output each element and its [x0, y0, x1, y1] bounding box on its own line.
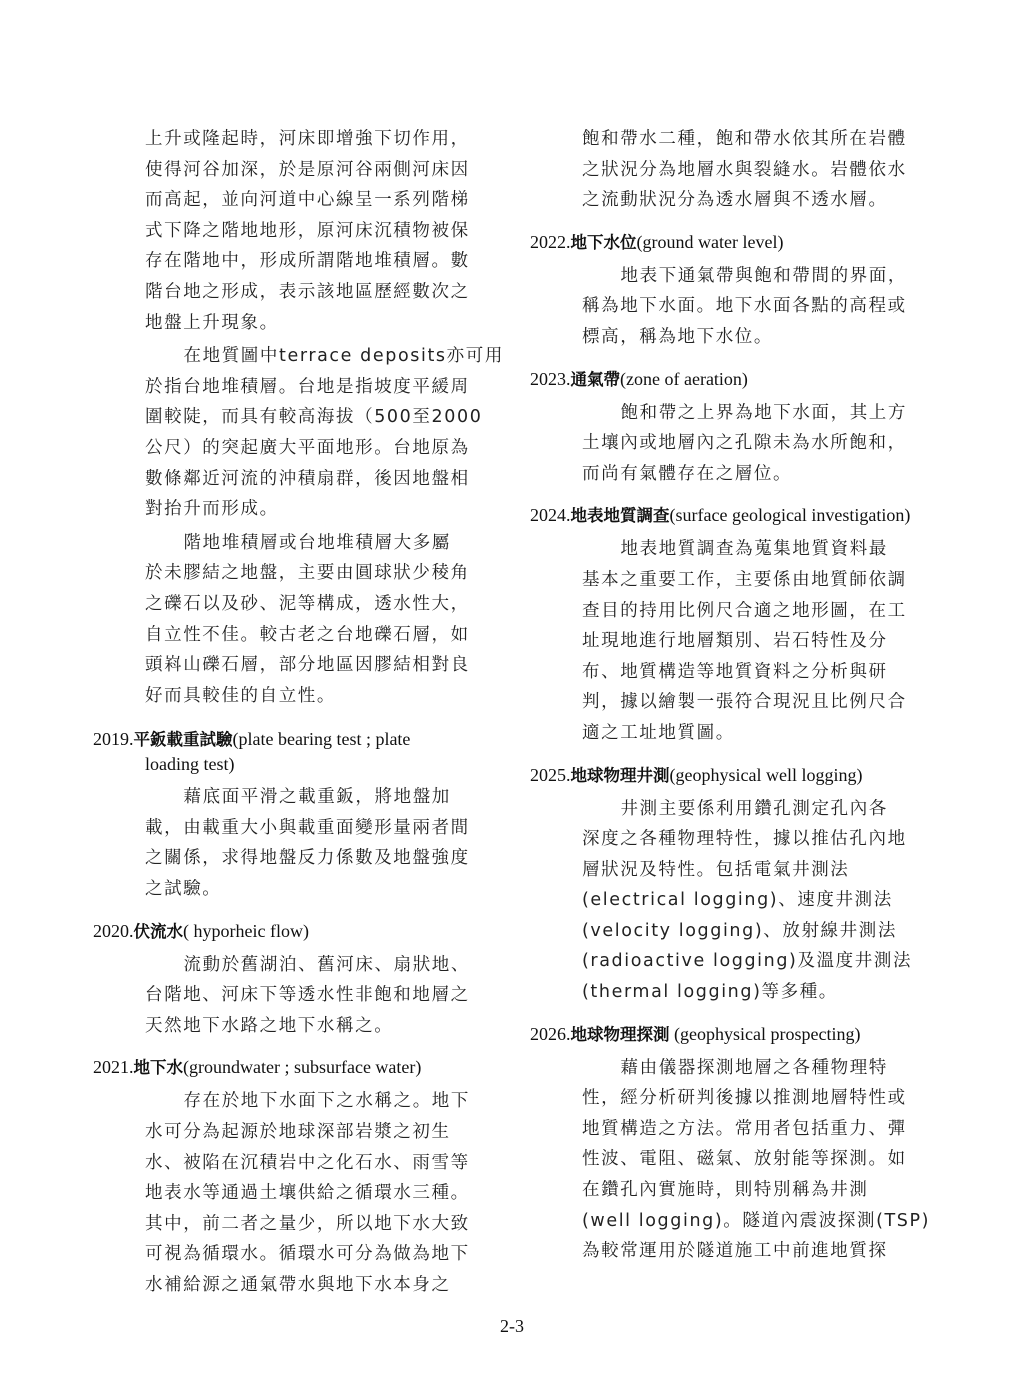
term-zh: 地球物理探測 [571, 1025, 670, 1044]
entry-2026-heading: 2026.地球物理探測 (geophysical prospecting) [530, 1022, 960, 1047]
entry-2020-body: 流動於舊湖泊、舊河床、扇狀地、 台階地、河床下等透水性非飽和地層之 天然地下水路… [145, 950, 498, 1042]
entry-2024-body: 地表地質調查為蒐集地質資料最 基本之重要工作，主要係由地質師依調 查目的持用比例… [582, 534, 960, 748]
entry-2018-continuation: 上升或隆起時，河床即增強下切作用， 使得河谷加深，於是原河谷兩側河床因 而高起，… [145, 124, 498, 338]
term-zh: 地下水 [134, 1058, 184, 1077]
entry-2022-body: 地表下通氣帶與飽和帶間的界面， 稱為地下水面。地下水面各點的高程或 標高，稱為地… [582, 261, 960, 353]
entry-number: 2020. [93, 921, 134, 941]
entry-2026-body: 藉由儀器探測地層之各種物理特 性，經分析研判後據以推測地層特性或 地質構造之方法… [582, 1053, 960, 1267]
entry-2019-body: 藉底面平滑之載重鈑，將地盤加 載，由載重大小與載重面變形量兩者間 之關係，求得地… [145, 782, 498, 904]
entry-number: 2024. [530, 505, 571, 525]
term-zh: 平鈑載重試驗 [134, 730, 233, 749]
entry-2022-heading: 2022.地下水位(ground water level) [530, 230, 960, 255]
term-en-continued: loading test) [93, 752, 498, 776]
entry-2021-body: 存在於地下水面下之水稱之。地下 水可分為起源於地球深部岩漿之初生 水、被陷在沉積… [145, 1086, 498, 1300]
paragraph-gravel: 階地堆積層或台地堆積層大多屬 於未膠結之地盤，主要由圓球狀少稜角 之礫石以及砂、… [145, 528, 498, 712]
entry-2025-body: 井測主要係利用鑽孔測定孔內各 深度之各種物理特性，據以推估孔內地 層狀況及特性。… [582, 794, 960, 1008]
entry-2025-heading: 2025.地球物理井測(geophysical well logging) [530, 763, 960, 788]
entry-number: 2025. [530, 765, 571, 785]
term-en: (geophysical well logging) [670, 765, 863, 785]
term-zh: 通氣帶 [571, 370, 621, 389]
entry-2024-heading: 2024.地表地質調查(surface geological investiga… [530, 503, 960, 528]
entry-number: 2023. [530, 369, 571, 389]
term-en: (geophysical prospecting) [670, 1024, 861, 1044]
term-zh: 地表地質調查 [571, 506, 670, 525]
term-en: (groundwater ; subsurface water) [183, 1057, 421, 1077]
entry-2019-heading: 2019.平鈑載重試驗(plate bearing test ; plate l… [93, 727, 498, 776]
term-en: (ground water level) [637, 232, 784, 252]
page-number: 2-3 [0, 1316, 1024, 1337]
entry-2020-heading: 2020.伏流水( hyporheic flow) [93, 919, 498, 944]
term-zh: 伏流水 [134, 922, 184, 941]
term-en: (surface geological investigation) [670, 505, 911, 525]
entry-number: 2019. [93, 729, 134, 749]
paragraph-terrace-deposits: 在地質圖中terrace deposits亦可用 於指台地堆積層。台地是指坡度平… [145, 341, 498, 525]
entry-number: 2021. [93, 1057, 134, 1077]
entry-2021-continuation: 飽和帶水二種，飽和帶水依其所在岩體 之狀況分為地層水與裂縫水。岩體依水 之流動狀… [582, 124, 960, 216]
term-en: (plate bearing test ; plate [233, 729, 411, 749]
term-en: ( hyporheic flow) [183, 921, 309, 941]
entry-2023-body: 飽和帶之上界為地下水面，其上方 土壤內或地層內之孔隙未為水所飽和， 而尚有氣體存… [582, 398, 960, 490]
entry-2023-heading: 2023.通氣帶(zone of aeration) [530, 367, 960, 392]
entry-2021-heading: 2021.地下水(groundwater ; subsurface water) [93, 1055, 498, 1080]
term-zh: 地球物理井測 [571, 766, 670, 785]
entry-number: 2026. [530, 1024, 571, 1044]
right-column: 飽和帶水二種，飽和帶水依其所在岩體 之狀況分為地層水與裂縫水。岩體依水 之流動狀… [530, 124, 960, 1267]
term-en: (zone of aeration) [620, 369, 748, 389]
entry-number: 2022. [530, 232, 571, 252]
term-zh: 地下水位 [571, 233, 637, 252]
left-column: 上升或隆起時，河床即增強下切作用， 使得河谷加深，於是原河谷兩側河床因 而高起，… [93, 124, 498, 1301]
